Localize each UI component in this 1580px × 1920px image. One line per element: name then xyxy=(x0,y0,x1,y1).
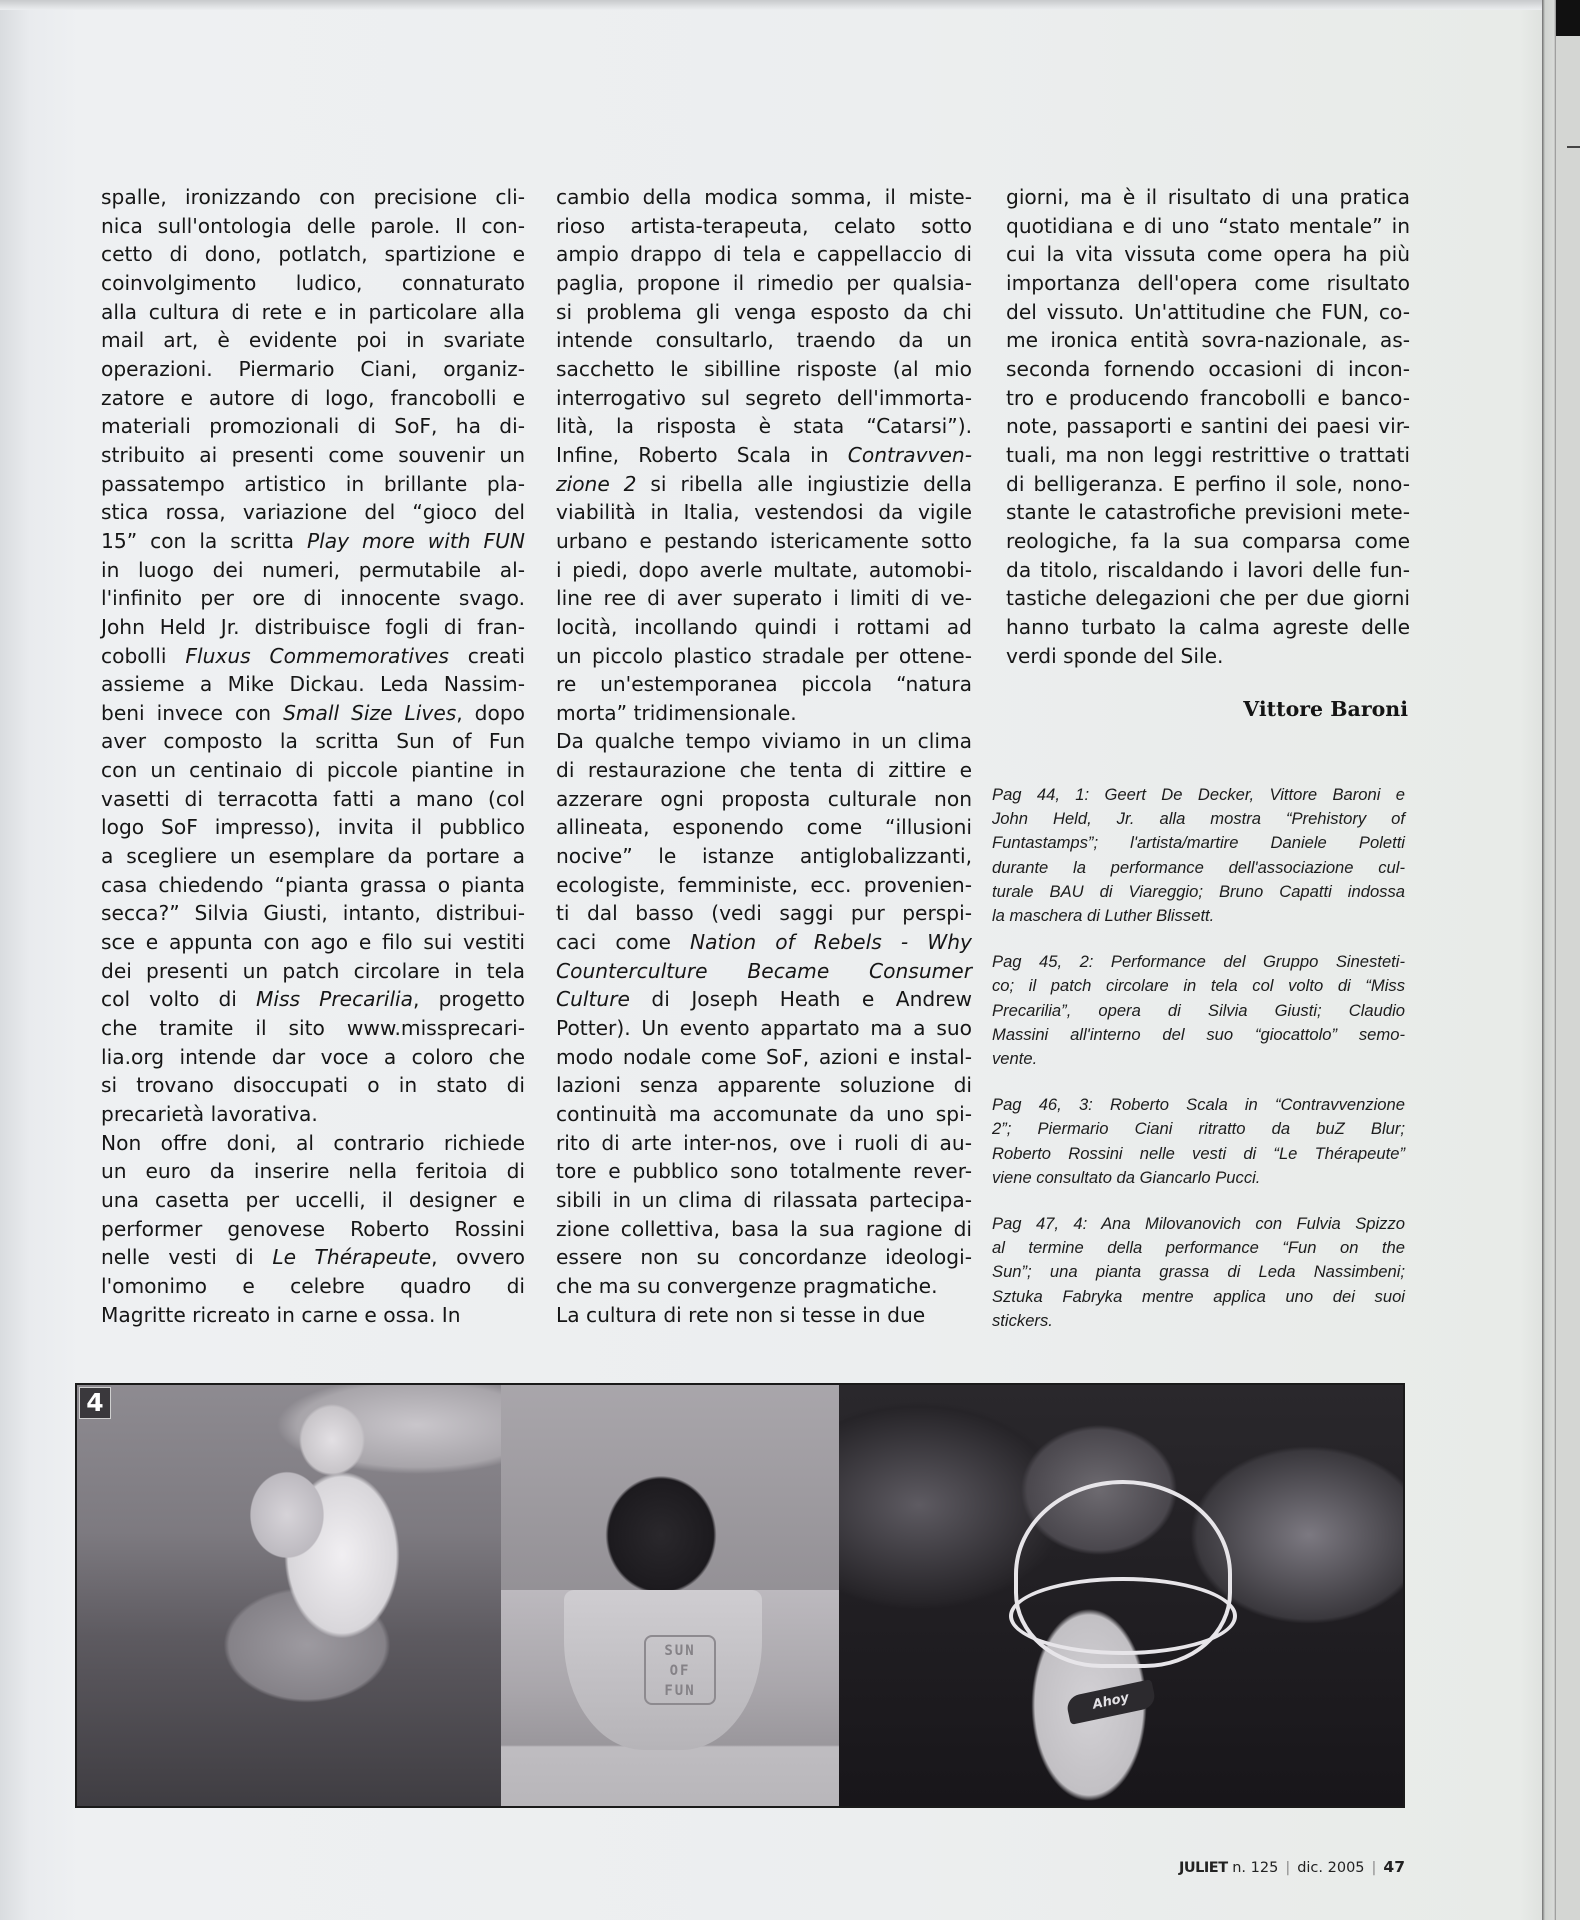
text-line: ecologiste, femministe, ecc. provenien- xyxy=(556,871,972,900)
text-line: a scegliere un esemplare da portare a xyxy=(101,842,525,871)
text-line: l'omonimo e celebre quadro di xyxy=(101,1272,525,1301)
text-line: Counterculture Became Consumer xyxy=(556,957,972,986)
italic-title: Culture xyxy=(556,987,630,1011)
text-line: Infine, Roberto Scala in Contravven- xyxy=(556,441,972,470)
text-line: locità, incollando quindi i rottami ad xyxy=(556,613,972,642)
text-line: un euro da inserire nella feritoia di xyxy=(101,1157,525,1186)
text-line: casa chiedendo “pianta grassa o pianta xyxy=(101,871,525,900)
text-line: essere non su concordanze ideologi- xyxy=(556,1243,972,1272)
text-line: con un centinaio di piccole piantine in xyxy=(101,756,525,785)
italic-title: Counterculture Became Consumer xyxy=(556,959,972,983)
caption-line: Pag 45, 2: Performance del Gruppo Sinest… xyxy=(992,950,1405,974)
photo-cactus: SUNOFFUN xyxy=(501,1385,839,1806)
adjacent-page-mark xyxy=(1567,146,1580,148)
text-line: l'infinito per ore di innocente svago. xyxy=(101,584,525,613)
caption-line: la maschera di Luther Blissett. xyxy=(992,904,1405,928)
caption-line: Sztuka Fabryka mentre applica uno dei su… xyxy=(992,1285,1405,1309)
text-line: allineata, esponendo come “illusioni xyxy=(556,813,972,842)
caption-line: vente. xyxy=(992,1047,1405,1071)
text-line: precarietà lavorativa. xyxy=(101,1100,525,1129)
text-line: mail art, è evidente poi in svariate xyxy=(101,326,525,355)
text-line: interrogativo sul segreto dell'immorta- xyxy=(556,384,972,413)
caption-line: John Held, Jr. alla mostra “Prehistory o… xyxy=(992,807,1405,831)
text-line: lità, la risposta è stata “Catarsi”). xyxy=(556,412,972,441)
caption-line: stickers. xyxy=(992,1309,1405,1333)
text-line: Da qualche tempo viviamo in un clima xyxy=(556,727,972,756)
text-line: sibili in un clima di rilassata partecip… xyxy=(556,1186,972,1215)
page-top-shadow xyxy=(0,0,1542,10)
text-line: aver composto la scritta Sun of Fun xyxy=(101,727,525,756)
text-line: sce e appunta con ago e filo sui vestiti xyxy=(101,928,525,957)
text-line: Non offre doni, al contrario richiede xyxy=(101,1129,525,1158)
caption-line: Pag 47, 4: Ana Milovanovich con Fulvia S… xyxy=(992,1212,1405,1236)
italic-title: Small Size Lives xyxy=(283,701,456,725)
text-line: line ree di aver superato i limiti di ve… xyxy=(556,584,972,613)
italic-title: Le Thérapeute xyxy=(272,1245,431,1269)
text-line: ti dal basso (vedi saggi pur perspi- xyxy=(556,899,972,928)
caption-line: al termine della performance “Fun on the xyxy=(992,1236,1405,1260)
text-line: beni invece con Small Size Lives, dopo xyxy=(101,699,525,728)
footer-separator: | xyxy=(1278,1860,1297,1876)
text-line: i piedi, dopo averle multate, automobi- xyxy=(556,556,972,585)
text-line: logo SoF impresso), invita il pubblico xyxy=(101,813,525,842)
text-line: di belligeranza. E perfino il sole, nono… xyxy=(1006,470,1410,499)
text-line: in luogo dei numeri, permutabile al- xyxy=(101,556,525,585)
issue-number: n. 125 xyxy=(1232,1860,1278,1876)
text-line: re un'estemporanea piccola “natura xyxy=(556,670,972,699)
text-line: che tramite il sito www.missprecari- xyxy=(101,1014,525,1043)
italic-title: Play more with FUN xyxy=(307,529,525,553)
text-line: urbano e pestando istericamente sotto xyxy=(556,527,972,556)
adjacent-page-edge xyxy=(1556,0,1580,1920)
photo-caption: Pag 44, 1: Geert De Decker, Vittore Baro… xyxy=(992,783,1405,928)
text-line: nica sull'ontologia delle parole. Il con… xyxy=(101,212,525,241)
italic-title: Contravven- xyxy=(848,443,972,467)
article-column-2: cambio della modica somma, il miste-rios… xyxy=(556,183,972,1329)
text-line: tastiche delegazioni che per due giorni xyxy=(1006,584,1410,613)
text-line: stica rossa, variazione del “gioco del xyxy=(101,498,525,527)
text-line: Potter). Un evento appartato ma a suo xyxy=(556,1014,972,1043)
photo-caption: Pag 46, 3: Roberto Scala in “Contravvenz… xyxy=(992,1093,1405,1190)
text-line: caci come Nation of Rebels - Why xyxy=(556,928,972,957)
photo-riverbank-women xyxy=(77,1385,501,1806)
text-line: zatore e autore di logo, francobolli e xyxy=(101,384,525,413)
footer-separator: | xyxy=(1365,1860,1384,1876)
caption-line: 2”; Piermario Ciani ritratto da buZ Blur… xyxy=(992,1117,1405,1141)
text-line: stribuito ai presenti come souvenir un xyxy=(101,441,525,470)
text-line: del vissuto. Un'attitudine che FUN, co- xyxy=(1006,298,1410,327)
text-line: paglia, propone il rimedio per qualsia- xyxy=(556,269,972,298)
text-line: stante le catastrofiche previsioni mete- xyxy=(1006,498,1410,527)
caption-line: Roberto Rossini nelle vesti di “Le Théra… xyxy=(992,1142,1405,1166)
text-line: azzerare ogni proposta culturale non xyxy=(556,785,972,814)
text-line: 15” con la scritta Play more with FUN xyxy=(101,527,525,556)
page-footer: JULIET n. 125|dic. 2005|47 xyxy=(1140,1858,1405,1876)
helmet-rim-icon xyxy=(1009,1577,1237,1655)
italic-title: Nation of Rebels - Why xyxy=(690,930,972,954)
text-line: una casetta per uccelli, il designer e xyxy=(101,1186,525,1215)
caption-line: co; il patch circolare in tela col volto… xyxy=(992,974,1405,998)
page-number: 47 xyxy=(1383,1858,1405,1876)
caption-line: Massini all'interno del suo “giocattolo”… xyxy=(992,1023,1405,1047)
text-line: vasetti di terracotta fatti a mano (col xyxy=(101,785,525,814)
text-line: coinvolgimento ludico, connaturato xyxy=(101,269,525,298)
text-line: si trovano disoccupati o in stato di xyxy=(101,1071,525,1100)
text-line: morta” tridimensionale. xyxy=(556,699,972,728)
caption-line: Pag 44, 1: Geert De Decker, Vittore Baro… xyxy=(992,783,1405,807)
text-line: nocive” le istanze antiglobalizzanti, xyxy=(556,842,972,871)
text-line: dei presenti un patch circolare in tela xyxy=(101,957,525,986)
text-line: lazioni senza apparente soluzione di xyxy=(556,1071,972,1100)
text-line: ampio drappo di tela e cappellaccio di xyxy=(556,240,972,269)
text-line: viabilità in Italia, vestendosi da vigil… xyxy=(556,498,972,527)
issue-date: dic. 2005 xyxy=(1297,1860,1364,1876)
text-line: note, passaporti e santini dei paesi vir… xyxy=(1006,412,1410,441)
text-line: cetto di dono, potlatch, spartizione e xyxy=(101,240,525,269)
text-line: zione 2 si ribella alle ingiustizie dell… xyxy=(556,470,972,499)
italic-title: Miss Precarilia xyxy=(256,987,413,1011)
text-line: tore e pubblico sono totalmente rever- xyxy=(556,1157,972,1186)
author-byline: Vittore Baroni xyxy=(1006,697,1408,721)
text-line: da titolo, riscaldando i lavori delle fu… xyxy=(1006,556,1410,585)
text-line: assieme a Mike Dickau. Leda Nassim- xyxy=(101,670,525,699)
text-line: alla cultura di rete e in particolare al… xyxy=(101,298,525,327)
text-line: che ma su convergenze pragmatiche. xyxy=(556,1272,972,1301)
text-line: verdi sponde del Sile. xyxy=(1006,642,1410,671)
caption-line: Sun”; una pianta grassa di Leda Nassimbe… xyxy=(992,1260,1405,1284)
caption-line: turale BAU di Viareggio; Bruno Capatti i… xyxy=(992,880,1405,904)
text-line: cui la vita vissuta come opera ha più xyxy=(1006,240,1410,269)
text-line: col volto di Miss Precarilia, progetto xyxy=(101,985,525,1014)
text-line: Culture di Joseph Heath e Andrew xyxy=(556,985,972,1014)
text-line: quotidiana e di uno “stato mentale” in xyxy=(1006,212,1410,241)
caption-line: Precarilia”, opera di Silvia Giusti; Cla… xyxy=(992,999,1405,1023)
photo-strip: SUNOFFUN Ahoy 4 xyxy=(75,1383,1405,1808)
text-line: un piccolo plastico stradale per ottene- xyxy=(556,642,972,671)
photo-caption: Pag 45, 2: Performance del Gruppo Sinest… xyxy=(992,950,1405,1071)
text-line: Magritte ricreato in carne e ossa. In xyxy=(101,1301,525,1330)
text-line: importanza dell'opera come risultato xyxy=(1006,269,1410,298)
text-line: di restaurazione che tenta di zittire e xyxy=(556,756,972,785)
text-line: reologiche, fa la sua comparsa come xyxy=(1006,527,1410,556)
text-line: tuali, ma non leggi restrittive o tratta… xyxy=(1006,441,1410,470)
text-line: cobolli Fluxus Commemoratives creati xyxy=(101,642,525,671)
text-line: nelle vesti di Le Thérapeute, ovvero xyxy=(101,1243,525,1272)
text-line: giorni, ma è il risultato di una pratica xyxy=(1006,183,1410,212)
text-line: hanno turbato la calma agreste delle xyxy=(1006,613,1410,642)
caption-line: Funtastamps”; l'artista/martire Daniele … xyxy=(992,831,1405,855)
article-column-3: giorni, ma è il risultato di una pratica… xyxy=(1006,183,1410,670)
text-line: me ironica entità sovra-nazionale, as- xyxy=(1006,326,1410,355)
shirt-logo: Ahoy xyxy=(1065,1679,1157,1725)
text-line: operazioni. Piermario Ciani, organiz- xyxy=(101,355,525,384)
article-column-1: spalle, ironizzando con precisione cli-n… xyxy=(101,183,525,1329)
text-line: cambio della modica somma, il miste- xyxy=(556,183,972,212)
photo-sticker-performer: Ahoy xyxy=(839,1385,1405,1806)
photo-caption: Pag 47, 4: Ana Milovanovich con Fulvia S… xyxy=(992,1212,1405,1333)
text-line: John Held Jr. distribuisce fogli di fran… xyxy=(101,613,525,642)
terracotta-pot: SUNOFFUN xyxy=(564,1590,762,1750)
text-line: passatempo artistico in brillante pla- xyxy=(101,470,525,499)
caption-line: Pag 46, 3: Roberto Scala in “Contravvenz… xyxy=(992,1093,1405,1117)
caption-line: durante la performance dell'associazione… xyxy=(992,856,1405,880)
text-line: rito di arte inter-nos, ove i ruoli di a… xyxy=(556,1129,972,1158)
text-line: seconda fornendo occasioni di incon- xyxy=(1006,355,1410,384)
text-line: materiali promozionali di SoF, ha di- xyxy=(101,412,525,441)
text-line: lia.org intende dar voce a coloro che xyxy=(101,1043,525,1072)
text-line: zione collettiva, basa la sua ragione di xyxy=(556,1215,972,1244)
italic-title: zione 2 xyxy=(556,472,637,496)
italic-title: Fluxus Commemoratives xyxy=(185,644,448,668)
magazine-page: spalle, ironizzando con precisione cli-n… xyxy=(0,0,1542,1920)
magazine-name: JULIET xyxy=(1179,1860,1228,1876)
caption-line: viene consultato da Giancarlo Pucci. xyxy=(992,1166,1405,1190)
text-line: secca?” Silvia Giusti, intanto, distribu… xyxy=(101,899,525,928)
text-line: intende consultarlo, traendo da un xyxy=(556,326,972,355)
text-line: sacchetto le sibilline risposte (al mio xyxy=(556,355,972,384)
text-line: La cultura di rete non si tesse in due xyxy=(556,1301,972,1330)
text-line: spalle, ironizzando con precisione cli- xyxy=(101,183,525,212)
pot-logo: SUNOFFUN xyxy=(644,1635,716,1705)
photo-number-badge: 4 xyxy=(79,1387,111,1419)
text-line: rioso artista-terapeuta, celato sotto xyxy=(556,212,972,241)
page-edge xyxy=(1542,0,1556,1920)
text-line: modo nodale come SoF, azioni e instal- xyxy=(556,1043,972,1072)
text-line: performer genovese Roberto Rossini xyxy=(101,1215,525,1244)
text-line: tro e producendo francobolli e banco- xyxy=(1006,384,1410,413)
text-line: continuità ma accomunate da uno spi- xyxy=(556,1100,972,1129)
photo-captions: Pag 44, 1: Geert De Decker, Vittore Baro… xyxy=(992,783,1405,1355)
text-line: si problema gli venga esposto da chi xyxy=(556,298,972,327)
